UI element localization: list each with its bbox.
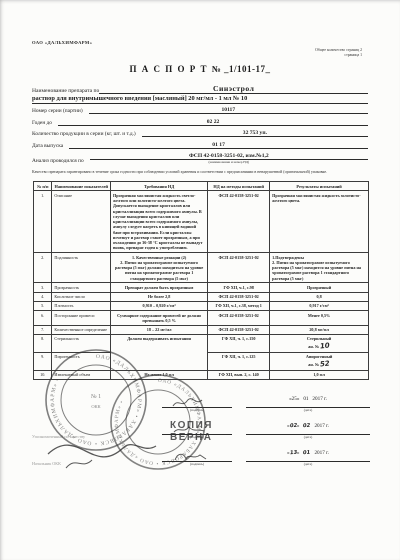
date-box: «02» 02 2017 г. (дата): [246, 420, 370, 439]
field-label: Количество продукции в серии (кг, шт. и …: [32, 131, 142, 137]
cell-number: 5.: [34, 301, 52, 310]
cell-number: 4.: [34, 292, 52, 301]
cell-number: 7.: [34, 325, 52, 334]
date-month: 01: [303, 450, 311, 457]
field-value: 01 17: [69, 142, 368, 149]
date-day: 13: [289, 450, 297, 457]
date-box: «25» 01 2017 г. (дата): [246, 393, 370, 412]
header-requirement: Требования НД: [111, 182, 208, 191]
cell-indicator: Количественное определение: [52, 325, 111, 334]
cell-indicator: Извлекаемый объем: [52, 370, 111, 379]
cell-method: ГФ XII, ч. 1, с.125: [208, 352, 270, 370]
field-label: Дата выпуска: [32, 143, 69, 149]
field-value-wrap: ФСП 42-0158-3251-02, изм.№1,2 (наименова…: [90, 153, 368, 164]
drug-name-line: Наименование препарата по Синэстрол: [32, 84, 368, 94]
cell-method: ФСП 42-0158-3251-02: [208, 292, 270, 301]
date-caption: (дата): [246, 408, 370, 412]
cell-requirement: 0,910 – 0,920 г/см³: [111, 301, 208, 310]
cell-result: Прозрачная маслянистая жидкость золотист…: [270, 191, 369, 253]
date-line: «13» 01 2017 г.: [246, 447, 370, 462]
cell-method: ФСП 42-0158-3251-02: [208, 311, 270, 326]
date-month: 02: [303, 423, 311, 430]
handwritten-signature: [170, 424, 210, 436]
field-analysis-standard: Анализ проводился по ФСП 42-0158-3251-02…: [32, 153, 368, 164]
cell-result: Стерильныйан. № 10: [270, 334, 369, 352]
cell-indicator: Плотность: [52, 301, 111, 310]
date-box: «13» 01 2017 г. (дата): [246, 447, 370, 466]
table-row: 1.ОписаниеПрозрачная маслянистая жидкост…: [34, 191, 369, 253]
table-header-row: № п/п Наименование показателей Требовани…: [34, 182, 369, 191]
signoff-row: Начальник ОКК (подпись) «13» 01 2017 г. …: [32, 447, 370, 466]
field-release-date: Дата выпуска 01 17: [32, 142, 368, 149]
field-value: 32 753 уп.: [142, 130, 368, 137]
header-method: НД на методы испытаний: [208, 182, 270, 191]
date-month: 01: [303, 396, 308, 402]
cell-number: 6.: [34, 311, 52, 326]
drug-name-value: Синэстрол: [99, 84, 368, 94]
cell-number: 9.: [34, 352, 52, 370]
header-number: № п/п: [34, 182, 52, 191]
drug-name-label: Наименование препарата по: [32, 88, 99, 94]
cell-result: 1.Подтверждены 2. Пятно на хроматограмме…: [270, 253, 369, 283]
field-series-number: Номер серии (партии) 10117: [32, 107, 368, 114]
cell-number: 10.: [34, 370, 52, 379]
cell-method: ГФ XII, вып. 2, с. 140: [208, 370, 270, 379]
signoff-row: Уполномоченный по качеству (подпись) «02…: [32, 420, 370, 439]
quality-guarantee-note: Качество препарата гарантировано в течен…: [32, 169, 370, 174]
table-row: 7.Количественное определение18 – 22 мг/м…: [34, 325, 369, 334]
field-value: 02 22: [58, 119, 368, 126]
cell-requirement: Не менее 1,0 мл: [111, 370, 208, 379]
cell-method: ФСП 42-0158-3251-02: [208, 325, 270, 334]
scanned-passport-document: ОАО «ДАЛЬХИМФАРМ» Общее количество стран…: [0, 0, 400, 560]
cell-requirement: Не более 2,8: [111, 292, 208, 301]
cell-indicator: Кислотное число: [52, 292, 111, 301]
handwritten-signature: [170, 397, 210, 409]
drug-form-line: раствор для внутримышечного введения [ма…: [32, 95, 368, 104]
cell-result: 0,917 г/см³: [270, 301, 369, 310]
cell-number: 3.: [34, 283, 52, 292]
cell-result: 0,8: [270, 292, 369, 301]
cell-number: 2.: [34, 253, 52, 283]
field-label: Годен до: [32, 120, 58, 126]
field-value: 10117: [89, 107, 368, 114]
date-day: 25: [292, 396, 297, 402]
field-value: ФСП 42-0158-3251-02, изм.№1,2: [90, 153, 368, 160]
cell-method: ФСП 42-0158-3251-02: [208, 191, 270, 253]
field-label: Номер серии (партии): [32, 108, 89, 114]
cell-indicator: Стерильность: [52, 334, 111, 352]
cell-indicator: Подлинность: [52, 253, 111, 283]
date-day: 02: [289, 423, 297, 430]
field-caption: (наименование и номер НД): [90, 160, 368, 164]
date-year: 2017 г.: [312, 396, 327, 402]
cell-requirement: Прозрачная маслянистая жидкость светло-ж…: [111, 191, 208, 253]
cell-requirement: Должен выдерживать испытания: [111, 334, 208, 370]
cell-method: ГФ XII, ч.1, с.98: [208, 283, 270, 292]
table-row: 3.ПрозрачностьПрепарат должен быть прозр…: [34, 283, 369, 292]
cell-indicator: Прозрачность: [52, 283, 111, 292]
cell-method: ГФ XII, ч. 1, с.150: [208, 334, 270, 352]
signoff-label: Начальник ОКК: [32, 461, 162, 466]
cell-requirement: 18 – 22 мг/мл: [111, 325, 208, 334]
cell-result: Менее 0,5%: [270, 311, 369, 326]
signature-box: (подпись): [162, 450, 232, 466]
passport-number: № _1/101-17_: [212, 64, 271, 74]
date-year: 2017 г.: [314, 423, 329, 429]
signature-box: (подпись): [162, 396, 232, 412]
table-row: 10.Извлекаемый объемНе менее 1,0 млГФ XI…: [34, 370, 369, 379]
cell-number: 1.: [34, 191, 52, 253]
table-row: 6.Посторонние примесиСуммарное содержани…: [34, 311, 369, 326]
signoff-label: Уполномоченный по качеству: [32, 434, 162, 439]
results-table: № п/п Наименование показателей Требовани…: [33, 181, 369, 380]
field-expiry: Годен до 02 22: [32, 119, 368, 126]
passport-title: П А С П О Р Т № _1/101-17_: [0, 64, 400, 74]
cell-requirement: 1. Качественные реакции (2) 2. Пятно на …: [111, 253, 208, 283]
signature-box: (подпись): [162, 423, 232, 439]
header-result: Результаты испытаний: [270, 182, 369, 191]
signoff-block: (подпись) «25» 01 2017 г. (дата) Уполном…: [32, 393, 370, 474]
date-caption: (дата): [246, 462, 370, 466]
signature-line: [162, 450, 232, 462]
passport-title-word: П А С П О Р Т: [129, 64, 208, 74]
field-quantity: Количество продукции в серии (кг, шт. и …: [32, 130, 368, 137]
cell-number: 8.: [34, 334, 52, 352]
table-row: 5.Плотность0,910 – 0,920 г/см³ГФ XII, ч.…: [34, 301, 369, 310]
cell-method: ГФ XII, ч.1, с.38, метод 1: [208, 301, 270, 310]
cell-result: 20,8 мг/мл: [270, 325, 369, 334]
header-indicator: Наименование показателей: [52, 182, 111, 191]
cell-result: 1,0 мл: [270, 370, 369, 379]
cell-indicator: Посторонние примеси: [52, 311, 111, 326]
cell-result: Апирогенныйан. № 52: [270, 352, 369, 370]
signature-line: [162, 396, 232, 408]
handwritten-number: 10: [320, 341, 331, 351]
fields-block: Номер серии (партии) 10117 Годен до 02 2…: [32, 107, 368, 169]
handwritten-number: 52: [320, 359, 331, 369]
table-row: 2.Подлинность1. Качественные реакции (2)…: [34, 253, 369, 283]
cell-indicator: Пирогенность: [52, 352, 111, 370]
cell-result: Прозрачный: [270, 283, 369, 292]
cell-requirement: Суммарное содержание примесей не должно …: [111, 311, 208, 326]
date-year: 2017 г.: [314, 450, 329, 456]
cell-method: ФСП 42-0158-3251-02: [208, 253, 270, 283]
signoff-row: (подпись) «25» 01 2017 г. (дата): [32, 393, 370, 412]
handwritten-signature: [170, 451, 210, 463]
organization-name: ОАО «ДАЛЬХИМФАРМ»: [32, 40, 92, 45]
page-count-line2: страница 1: [315, 53, 362, 58]
table-row: 8.СтерильностьДолжен выдерживать испытан…: [34, 334, 369, 352]
signature-line: [162, 423, 232, 435]
date-caption: (дата): [246, 435, 370, 439]
page-count-note: Общее количество страниц 2 страница 1: [315, 48, 362, 58]
cell-requirement: Препарат должен быть прозрачным: [111, 283, 208, 292]
table-row: 4.Кислотное числоНе более 2,8ФСП 42-0158…: [34, 292, 369, 301]
cell-indicator: Описание: [52, 191, 111, 253]
field-label: Анализ проводился по: [32, 158, 90, 164]
date-line: «25» 01 2017 г.: [246, 393, 370, 408]
date-line: «02» 02 2017 г.: [246, 420, 370, 435]
